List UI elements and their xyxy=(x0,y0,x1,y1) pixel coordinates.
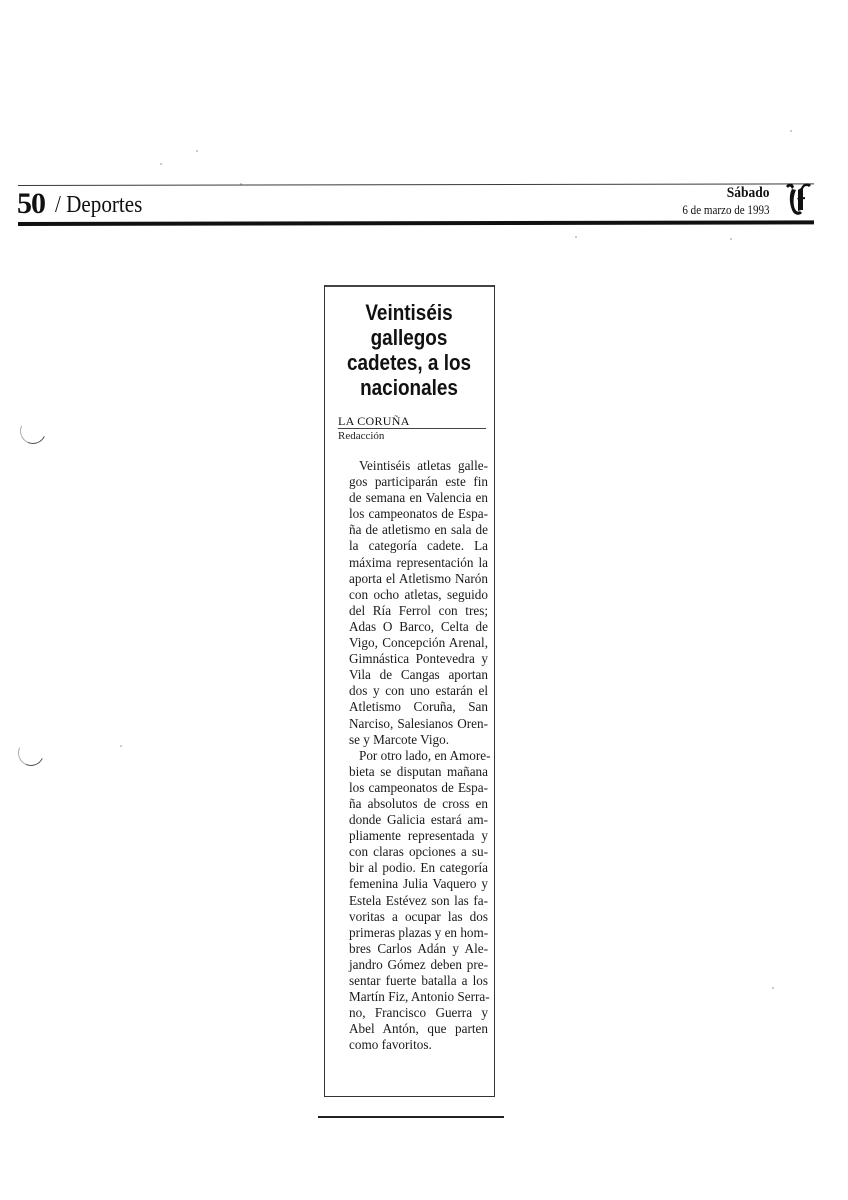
text-line: jandro Gómez deben pre- xyxy=(339,957,488,973)
text-line: del Ría Ferrol con tres; xyxy=(339,603,488,619)
article-body: Veintiséis atletas galle- gos participar… xyxy=(339,458,488,1053)
text-line: donde Galicia estará am- xyxy=(339,812,488,828)
article-headline: Veintiséis gallegos cadetes, a los nacio… xyxy=(338,300,481,400)
newspaper-gothic-logo-icon xyxy=(783,180,813,218)
scan-speck xyxy=(120,745,122,747)
article-bottom-rule xyxy=(318,1116,504,1118)
text-line: Vila de Cangas aportan xyxy=(339,667,488,683)
text-line: se y Marcote Vigo. xyxy=(339,732,488,748)
text-line: Adas O Barco, Celta de xyxy=(339,619,488,635)
header-bottom-rule xyxy=(18,220,814,226)
scan-speck xyxy=(790,130,792,132)
text-line: los campeonatos de Espa- xyxy=(339,780,488,796)
text-line: Vigo, Concepción Arenal, xyxy=(339,635,488,651)
article-byline: Redacción xyxy=(338,430,384,442)
text-line: voritas a ocupar las dos xyxy=(339,909,488,925)
text-line: Estela Estévez son las fa- xyxy=(339,893,488,909)
location-rule xyxy=(338,428,486,429)
scan-speck xyxy=(575,236,577,238)
article-paragraph: Veintiséis atletas galle- gos participar… xyxy=(339,458,488,748)
text-line: con claras opciones a su- xyxy=(339,844,488,860)
scan-speck xyxy=(772,987,774,989)
text-line: ña de atletismo en sala de xyxy=(339,522,488,538)
section-name: / Deportes xyxy=(55,190,142,220)
text-line: sentar fuerte batalla a los xyxy=(339,973,488,989)
text-line: aporta el Atletismo Narón xyxy=(339,571,488,587)
headline-line: cadetes, a los xyxy=(338,350,481,375)
headline-line: nacionales xyxy=(338,375,481,400)
issue-day: Sábado xyxy=(727,185,770,202)
text-line: gos participarán este fin xyxy=(339,474,488,490)
punch-hole-mark xyxy=(14,736,47,769)
text-line: Veintiséis atletas galle- xyxy=(339,458,488,474)
text-line: como favoritos. xyxy=(339,1037,488,1053)
headline-line: gallegos xyxy=(338,325,481,350)
text-line: bir al podio. En categoría xyxy=(339,860,488,876)
scan-speck xyxy=(730,238,732,240)
text-line: bieta se disputan mañana xyxy=(339,764,488,780)
headline-line: Veintiséis xyxy=(338,300,481,325)
article-location: LA CORUÑA xyxy=(338,414,410,429)
text-line: Martín Fiz, Antonio Serra- xyxy=(339,989,488,1005)
text-line: Abel Antón, que parten xyxy=(339,1021,488,1037)
text-line: Atletismo Coruña, San xyxy=(339,699,488,715)
punch-hole-mark xyxy=(16,414,49,447)
text-line: con ocho atletas, seguido xyxy=(339,587,488,603)
text-line: Gimnástica Pontevedra y xyxy=(339,651,488,667)
issue-date: 6 de marzo de 1993 xyxy=(683,202,770,218)
page-number: 50 xyxy=(17,186,45,222)
text-line: dos y con uno estarán el xyxy=(339,683,488,699)
text-line: no, Francisco Guerra y xyxy=(339,1005,488,1021)
text-line: pliamente representada y xyxy=(339,828,488,844)
text-line: femenina Julia Vaquero y xyxy=(339,876,488,892)
scan-speck xyxy=(196,150,198,152)
text-line: Narciso, Salesianos Oren- xyxy=(339,716,488,732)
text-line: Por otro lado, en Amore- xyxy=(339,748,488,764)
scan-speck xyxy=(160,163,162,165)
text-line: la categoría cadete. La xyxy=(339,538,488,554)
header-top-rule xyxy=(18,183,814,186)
text-line: de semana en Valencia en xyxy=(339,490,488,506)
text-line: máxima representación la xyxy=(339,555,488,571)
text-line: los campeonatos de Espa- xyxy=(339,506,488,522)
article-paragraph: Por otro lado, en Amore- bieta se disput… xyxy=(339,748,488,1054)
text-line: bres Carlos Adán y Ale- xyxy=(339,941,488,957)
text-line: ña absolutos de cross en xyxy=(339,796,488,812)
text-line: primeras plazas y en hom- xyxy=(339,925,488,941)
